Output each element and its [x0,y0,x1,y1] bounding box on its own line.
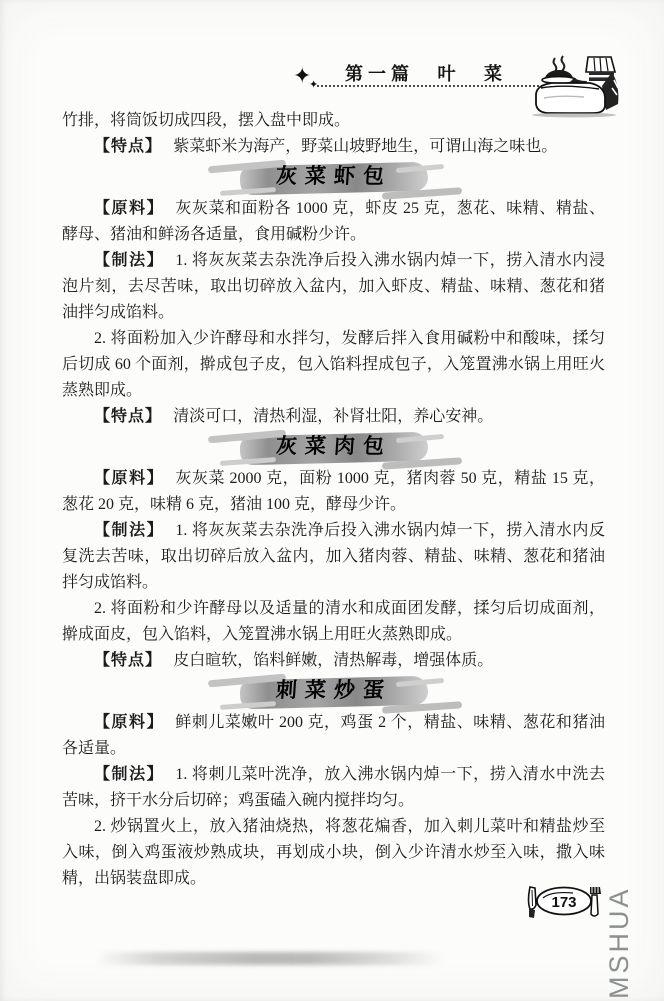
ingredients-label: 【原料】 [94,470,164,487]
recipe-banner: 灰菜肉包 [62,431,605,465]
feature-label: 【特点】 [94,652,162,669]
recipe-banner: 灰菜虾包 [62,161,605,195]
ingredients-paragraph: 【原料】灰灰菜 2000 克，面粉 1000 克，猪肉蓉 50 克，精盐 15 … [62,466,605,518]
method-label: 【制法】 [94,766,164,783]
feature-text: 紫菜虾米为海产，野菜山坡野地生，可谓山海之味也。 [173,138,557,155]
page-number-plate-icon: 173 [520,882,606,922]
recipe-title: 刺菜炒蛋 [275,677,393,703]
feature-text: 清淡可口，清热利湿，补肾壮阳，养心安神。 [173,408,493,425]
method-label: 【制法】 [94,252,164,269]
method-paragraph: 【制法】1. 将灰灰菜去杂洗净后投入沸水锅内焯一下，捞入清水内浸泡片刻，去尽苦味… [62,248,605,326]
method-step: 2. 将面粉加入少许酵母和水拌匀，发酵后拌入食用碱粉中和酸味，揉匀后切成 60 … [62,330,605,399]
chapter-header: ✦ ✦ 第一篇 叶 菜 [293,60,553,100]
ingredients-label: 【原料】 [94,200,164,217]
feature-label: 【特点】 [94,138,162,155]
method-label: 【制法】 [94,522,164,539]
feature-label: 【特点】 [94,408,162,425]
method-paragraph: 【制法】1. 将灰灰菜去杂洗净后投入沸水锅内焯一下，捞入清水内反复洗去苦味，取出… [62,518,605,596]
watermark: MSHUA [604,873,635,999]
continuation-paragraph: 竹排，将筒饭切成四段，摆入盘中即成。 [62,108,605,134]
method-step-paragraph: 2. 炒锅置火上，放入猪油烧热，将葱花煸香，加入刺儿菜叶和精盐炒至入味，倒入鸡蛋… [62,814,605,892]
ingredients-label: 【原料】 [94,714,164,731]
dotted-rule [317,85,543,87]
feature-text: 皮白暄软，馅料鲜嫩，清热解毒，增强体质。 [173,652,493,669]
method-step-paragraph: 2. 将面粉加入少许酵母和水拌匀，发酵后拌入食用碱粉中和酸味，揉匀后切成 60 … [62,326,605,404]
page-number: 173 [551,894,576,911]
recipe-title: 灰菜肉包 [275,433,393,459]
feature-paragraph: 【特点】紫菜虾米为海产，野菜山坡野地生，可谓山海之味也。 [62,134,605,160]
method-step: 2. 炒锅置火上，放入猪油烧热，将葱花煸香，加入刺儿菜叶和精盐炒至入味，倒入鸡蛋… [62,818,605,887]
feature-paragraph: 【特点】清淡可口，清热利湿，补肾壮阳，养心安神。 [62,404,605,430]
ink-bleed-smudge [95,952,445,965]
recipe-banner: 刺菜炒蛋 [62,675,605,709]
recipe-title: 灰菜虾包 [275,163,393,189]
method-step: 2. 将面粉和少许酵母以及适量的清水和成面团发酵，揉匀后切成面剂，擀成面皮，包入… [62,600,605,643]
chapter-title: 第一篇 叶 菜 [345,60,507,86]
ingredients-paragraph: 【原料】鲜刺儿菜嫩叶 200 克，鸡蛋 2 个，精盐、味精、葱花和猪油各适量。 [62,710,605,762]
book-page: ✦ ✦ 第一篇 叶 菜 [0,0,664,1001]
page-body: 竹排，将筒饭切成四段，摆入盘中即成。 【特点】紫菜虾米为海产，野菜山坡野地生，可… [62,108,605,892]
method-step-paragraph: 2. 将面粉和少许酵母以及适量的清水和成面团发酵，揉匀后切成面剂，擀成面皮，包入… [62,596,605,648]
ingredients-paragraph: 【原料】灰灰菜和面粉各 1000 克，虾皮 25 克，葱花、味精、精盐、酵母、猪… [62,196,605,248]
method-paragraph: 【制法】1. 将刺儿菜叶洗净，放入沸水锅内焯一下，捞入清水中洗去苦味，挤干水分后… [62,762,605,814]
feature-paragraph: 【特点】皮白暄软，馅料鲜嫩，清热解毒，增强体质。 [62,648,605,674]
